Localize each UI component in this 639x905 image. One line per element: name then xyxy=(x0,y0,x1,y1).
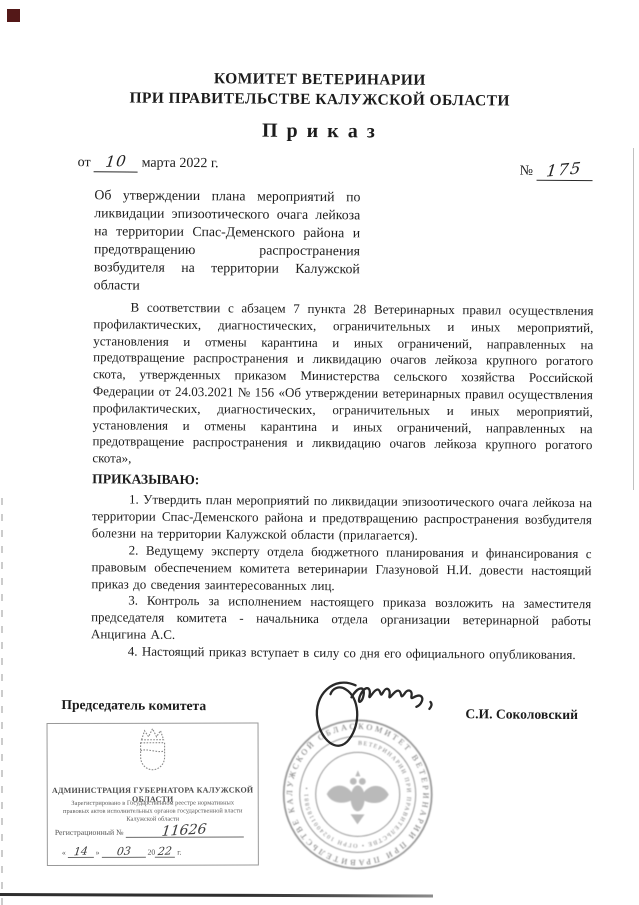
number-sign: № xyxy=(520,164,533,179)
org-name-line2: ПРИ ПРАВИТЕЛЬСТВЕ КАЛУЖСКОЙ ОБЛАСТИ xyxy=(0,88,639,113)
registration-stamp-text-line2: правовых актов исполнительных органов го… xyxy=(51,807,255,815)
signatory-name: С.И. Соколовский xyxy=(465,706,578,723)
registration-day-handwritten: 14 xyxy=(73,848,88,857)
preamble-paragraph: В соответствии с абзацем 7 пункта 28 Вет… xyxy=(92,299,593,471)
order-item-4: 4. Настоящий приказ вступает в силу со д… xyxy=(91,643,591,664)
date-line: от 10 марта 2022 г. xyxy=(78,152,219,173)
registration-number-label: Регистрационный № xyxy=(55,828,124,837)
signatory-position: Председатель комитета xyxy=(61,697,206,714)
registration-number-blank: 11626 xyxy=(126,826,244,838)
order-items: 1. Утвердить план мероприятий по ликвида… xyxy=(91,491,592,664)
registration-day-blank: 14 xyxy=(68,848,94,858)
registration-number-handwritten: 11626 xyxy=(162,824,208,836)
registration-stamp-text: Зарегистрировано в Государственном реест… xyxy=(51,799,255,823)
number-handwritten: 175 xyxy=(546,158,584,180)
date-blank-line: 10 xyxy=(94,152,138,172)
scan-edge-line-left xyxy=(1,498,3,905)
quote-close: » xyxy=(96,848,100,857)
coat-of-arms-icon xyxy=(133,727,173,773)
date-prefix: от xyxy=(78,155,91,170)
order-item-3: 3. Контроль за исполнением настоящего пр… xyxy=(91,593,591,648)
quote-open: « xyxy=(62,848,66,857)
registration-number-line: Регистрационный № 11626 xyxy=(55,825,252,838)
document-content: КОМИТЕТ ВЕТЕРИНАРИИ ПРИ ПРАВИТЕЛЬСТВЕ КА… xyxy=(0,0,639,905)
document-page: КОМИТЕТ ВЕТЕРИНАРИИ ПРИ ПРАВИТЕЛЬСТВЕ КА… xyxy=(0,0,639,905)
registration-month-blank: 03 xyxy=(102,848,146,858)
number-blank-line: 175 xyxy=(536,160,592,181)
eagle-emblem-icon xyxy=(326,770,388,824)
registration-stamp-text-line3: Калужской области xyxy=(51,815,255,823)
registration-year-prefix: 20 xyxy=(147,848,155,857)
document-type-title: П р и к а з xyxy=(0,118,639,146)
registration-stamp: АДМИНИСТРАЦИЯ ГУБЕРНАТОРА КАЛУЖСКОЙ ОБЛА… xyxy=(47,722,259,866)
handwritten-signature xyxy=(293,673,444,769)
org-name: КОМИТЕТ ВЕТЕРИНАРИИ ПРИ ПРАВИТЕЛЬСТВЕ КА… xyxy=(0,68,639,113)
date-suffix: марта 2022 г. xyxy=(142,156,219,172)
registration-month-handwritten: 03 xyxy=(116,847,131,856)
document-number: № 175 xyxy=(520,160,593,182)
registration-date-line: « 14 » 03 2022 г. xyxy=(62,847,252,857)
order-item-1: 1. Утвердить план мероприятий по ликвида… xyxy=(92,491,592,546)
scan-edge-line-right xyxy=(633,148,634,490)
registration-date-suffix: г. xyxy=(177,848,181,857)
order-word: ПРИКАЗЫВАЮ: xyxy=(92,471,199,488)
registration-year-blank: 22 xyxy=(155,848,175,858)
document-subject: Об утверждении плана мероприятий по ликв… xyxy=(94,186,361,297)
registration-year-handwritten: 22 xyxy=(158,847,173,856)
order-item-2: 2. Ведущему эксперту отдела бюджетного п… xyxy=(91,542,591,597)
date-handwritten: 10 xyxy=(104,152,127,171)
